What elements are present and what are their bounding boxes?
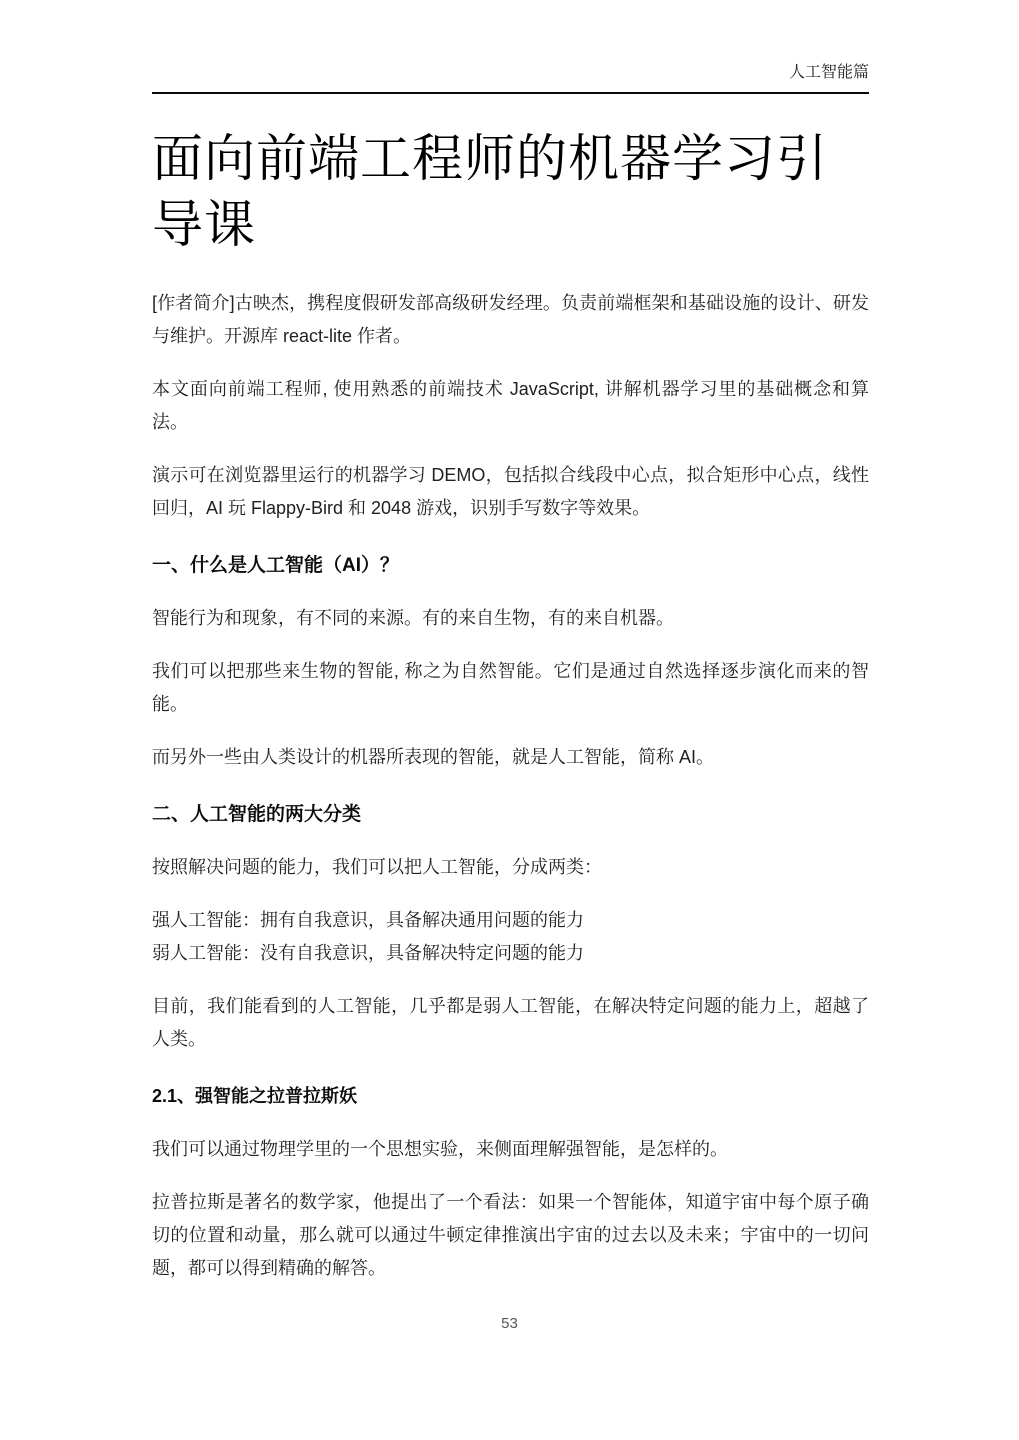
paragraph-laplace-view: 拉普拉斯是著名的数学家，他提出了一个看法：如果一个智能体，知道宇宙中每个原子确切… — [152, 1186, 869, 1285]
line-strong-ai: 强人工智能：拥有自我意识，具备解决通用问题的能力 — [152, 910, 584, 930]
paragraph-ai-categories: 强人工智能：拥有自我意识，具备解决通用问题的能力 弱人工智能：没有自我意识，具备… — [152, 904, 869, 970]
paragraph-author-bio: [作者简介]古映杰，携程度假研发部高级研发经理。负责前端框架和基础设施的设计、研… — [152, 287, 869, 353]
header-rule — [152, 92, 869, 94]
paragraph-artificial-intelligence: 而另外一些由人类设计的机器所表现的智能，就是人工智能，简称 AI。 — [152, 741, 869, 774]
paragraph-classification-intro: 按照解决问题的能力，我们可以把人工智能，分成两类： — [152, 851, 869, 884]
paragraph-article-intro: 本文面向前端工程师, 使用熟悉的前端技术 JavaScript, 讲解机器学习里… — [152, 373, 869, 439]
document-page: 人工智能篇 面向前端工程师的机器学习引导课 [作者简介]古映杰，携程度假研发部高… — [0, 0, 1019, 1440]
heading-what-is-ai: 一、什么是人工智能（AI）？ — [152, 549, 869, 582]
heading-laplace-demon: 2.1、强智能之拉普拉斯妖 — [152, 1080, 869, 1113]
paragraph-current-ai: 目前，我们能看到的人工智能，几乎都是弱人工智能，在解决特定问题的能力上，超越了人… — [152, 990, 869, 1056]
line-weak-ai: 弱人工智能：没有自我意识，具备解决特定问题的能力 — [152, 943, 584, 963]
paragraph-natural-intelligence: 我们可以把那些来生物的智能, 称之为自然智能。它们是通过自然选择逐步演化而来的智… — [152, 655, 869, 721]
paragraph-thought-experiment: 我们可以通过物理学里的一个思想实验，来侧面理解强智能，是怎样的。 — [152, 1133, 869, 1166]
paragraph-intelligence-sources: 智能行为和现象，有不同的来源。有的来自生物，有的来自机器。 — [152, 602, 869, 635]
page-content: 人工智能篇 面向前端工程师的机器学习引导课 [作者简介]古映杰，携程度假研发部高… — [152, 0, 869, 1305]
page-title: 面向前端工程师的机器学习引导课 — [152, 126, 869, 259]
paragraph-demo-list: 演示可在浏览器里运行的机器学习 DEMO，包括拟合线段中心点，拟合矩形中心点，线… — [152, 459, 869, 525]
running-header: 人工智能篇 — [152, 0, 869, 84]
heading-two-categories: 二、人工智能的两大分类 — [152, 798, 869, 831]
page-number: 53 — [0, 1315, 1019, 1332]
